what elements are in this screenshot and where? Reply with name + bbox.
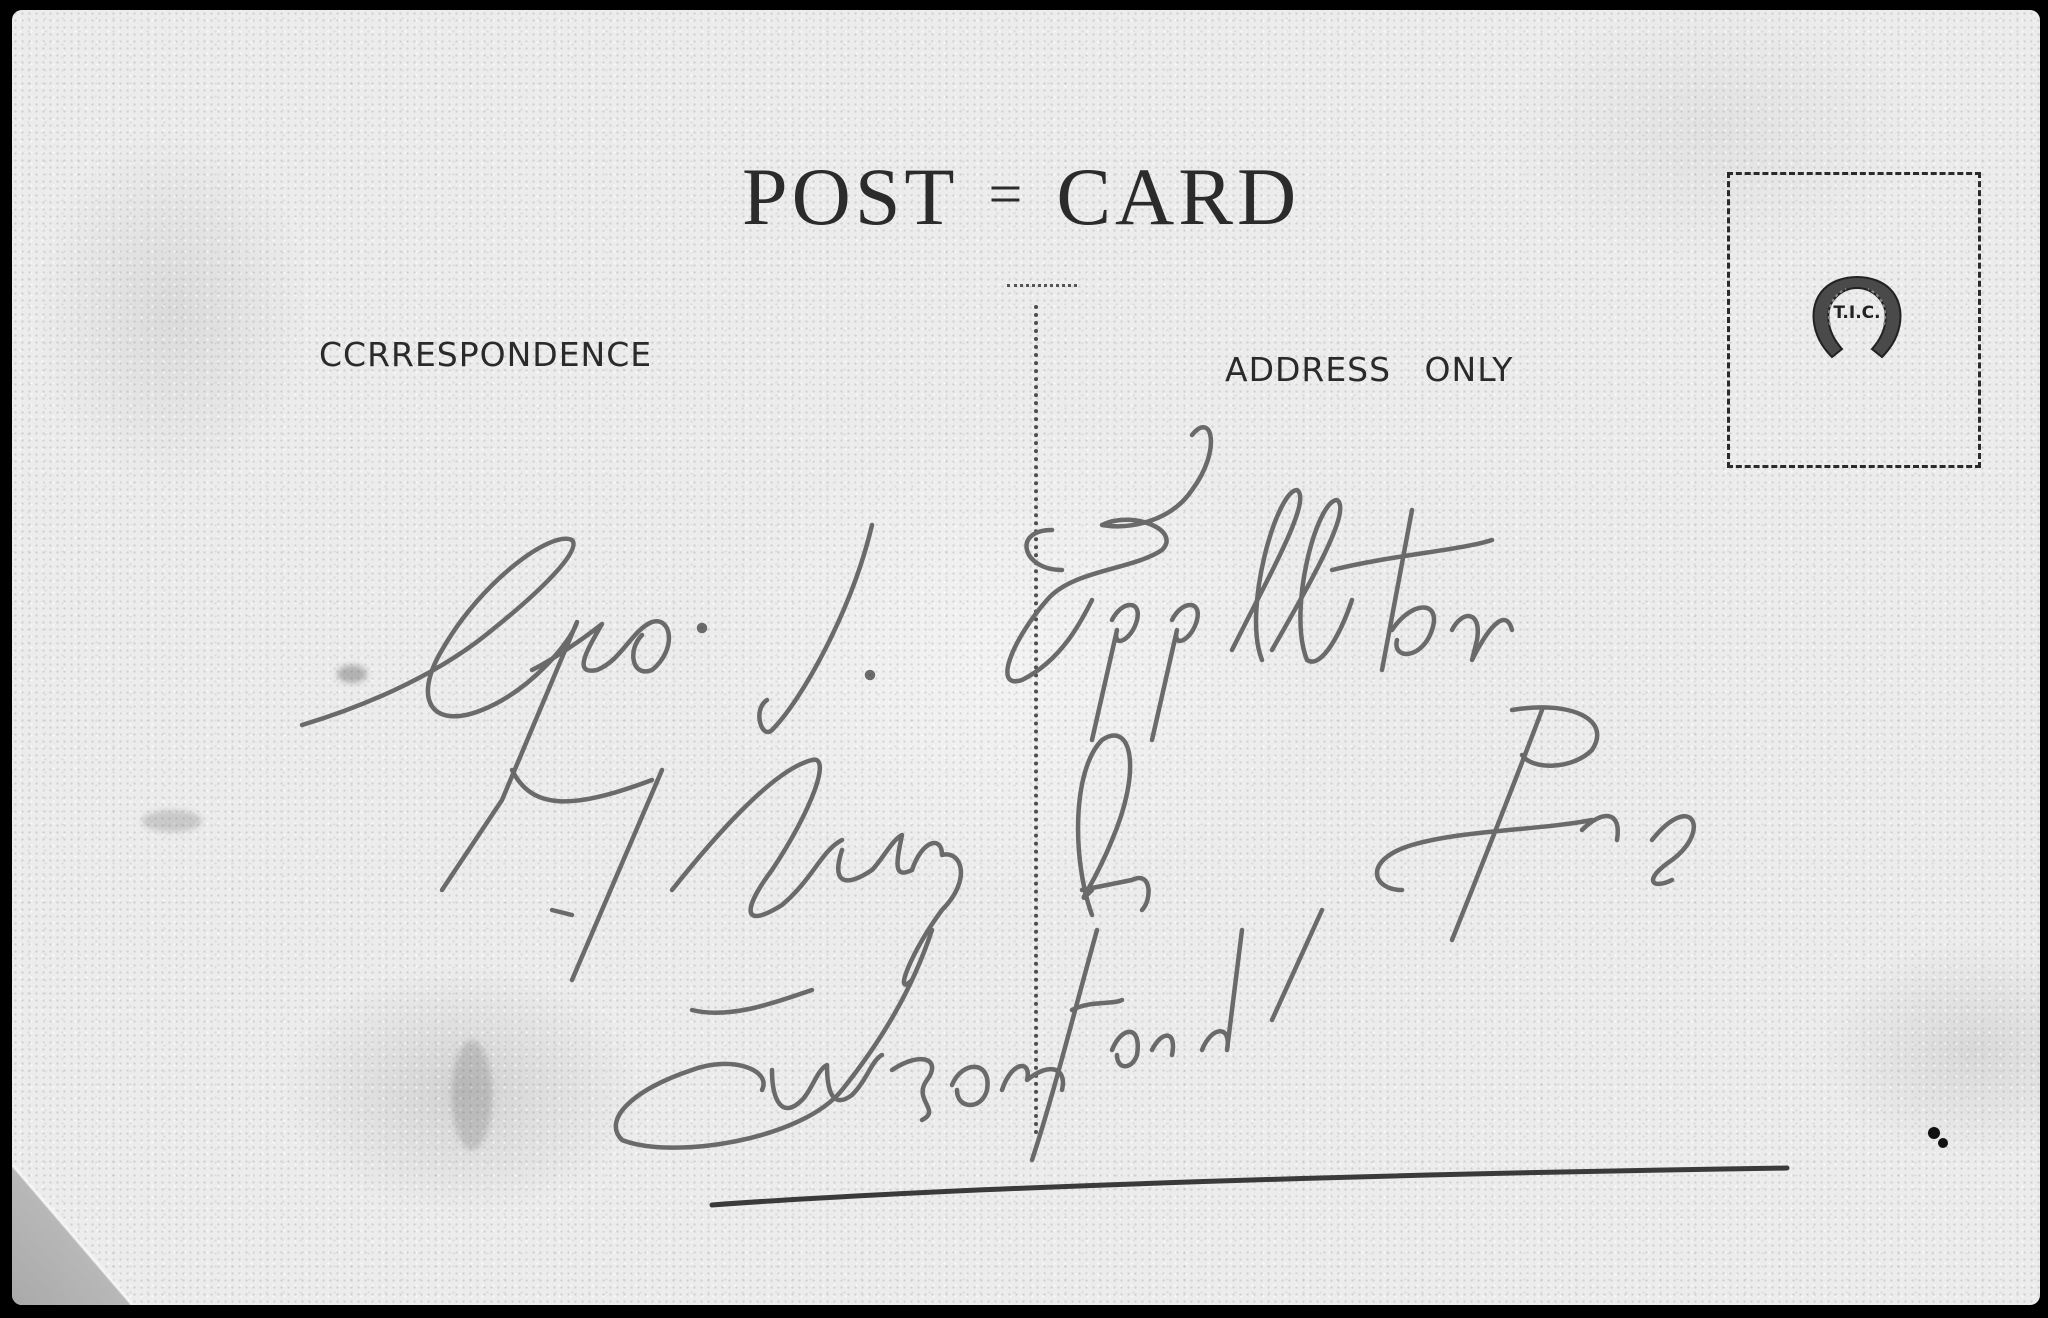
title-separator: = [989, 160, 1027, 229]
title-card: CARD [1056, 151, 1300, 242]
folded-corner [12, 1165, 132, 1305]
horseshoe-icon: T.I.C. [1802, 265, 1912, 375]
address-only-label: ADDRESS ONLY [1225, 350, 1513, 389]
correspondence-label: CCRRESPONDENCE [319, 335, 652, 374]
divider-top-dots [1007, 284, 1077, 287]
stamp-box: T.I.C. [1727, 172, 1981, 468]
ink-smudge [452, 1040, 492, 1150]
postcard-title: POST=CARD [742, 150, 1300, 244]
title-post: POST [742, 151, 959, 242]
address-line-name: Geo. J. Eggleton [312, 550, 1207, 678]
ink-smudge [142, 810, 202, 832]
ink-smudge [1938, 1138, 1948, 1148]
stamp-logo-text: T.I.C. [1802, 303, 1912, 323]
address-line-town: Lowsonford [612, 970, 1269, 1098]
address-line-street: Fleur De Lis [392, 770, 1080, 898]
postcard-back: POST=CARD CCRRESPONDENCE ADDRESS ONLY T.… [12, 10, 2040, 1305]
ink-smudge [1928, 1127, 1940, 1139]
